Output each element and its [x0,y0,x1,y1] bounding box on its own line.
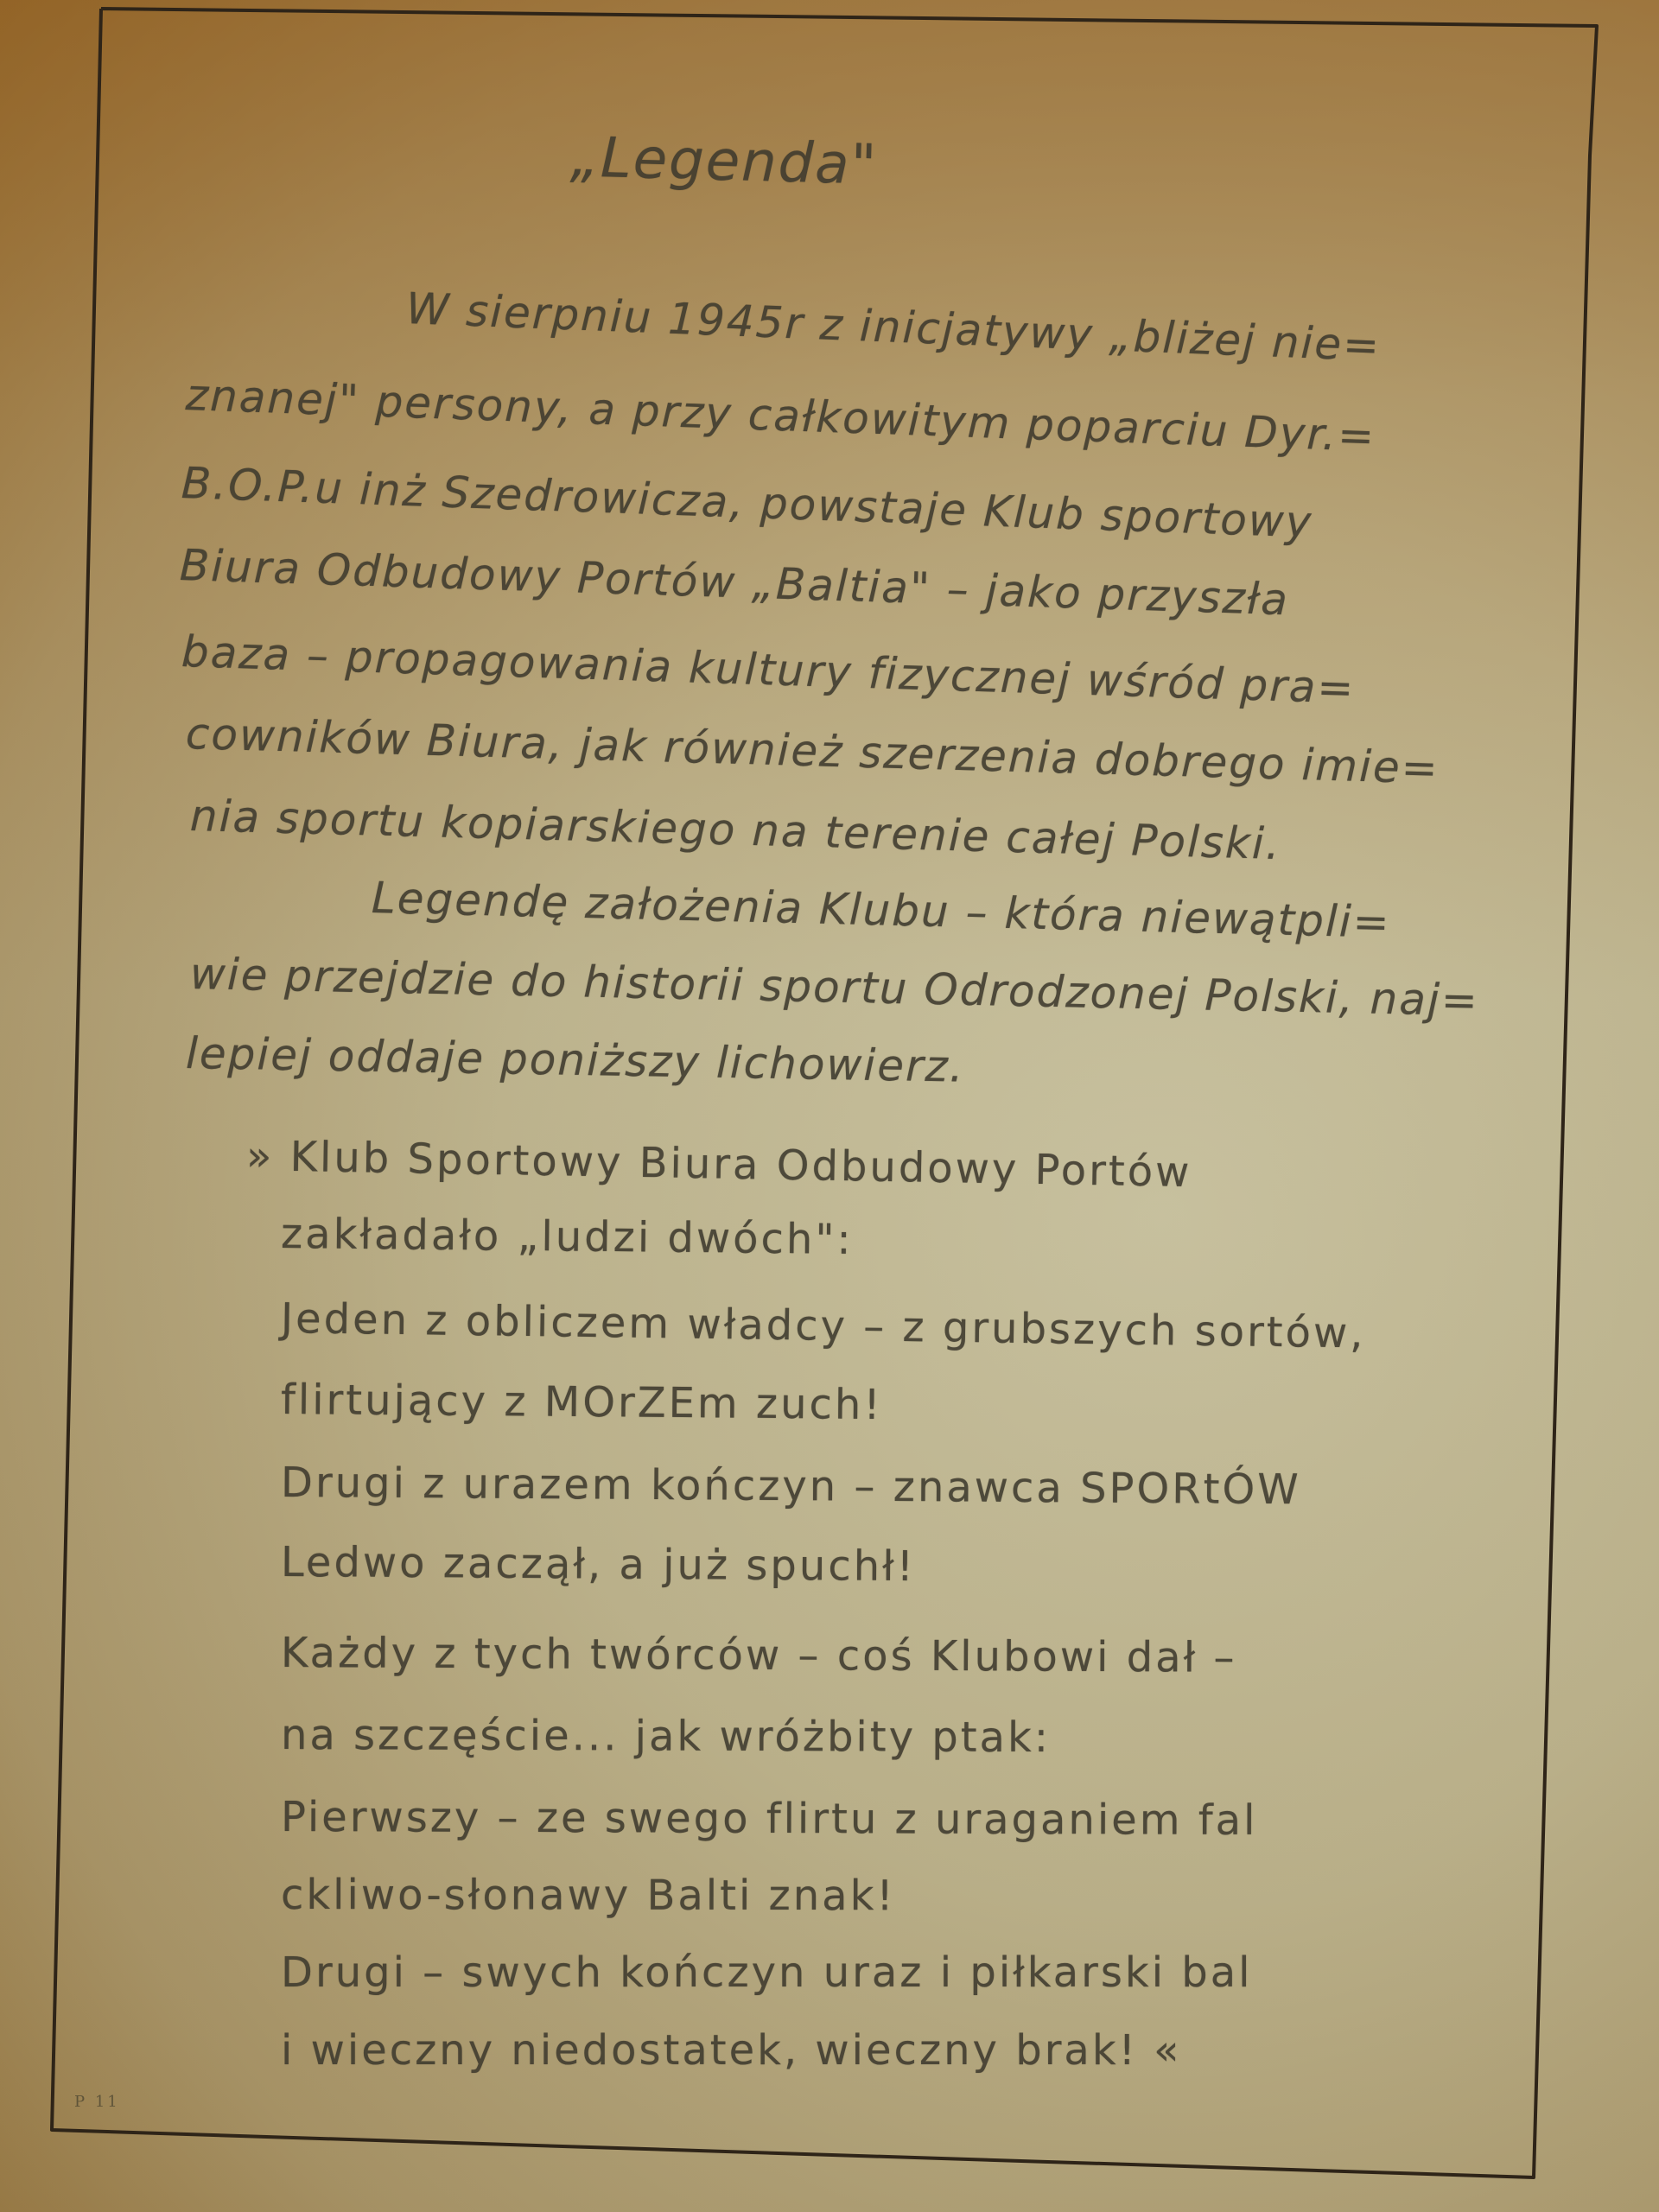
paragraph-2-line-1: Legendę założenia Klubu – która niewątpl… [371,873,1391,948]
poem-stanza-2-line-2: na szczęście... jak wróżbity ptak: [281,1711,1051,1762]
poem-stanza-1-line-4: flirtujący z MOrZEm zuch! [281,1376,883,1429]
paragraph-1-line-1: W sierpniu 1945r z inicjatywy „bliżej ni… [405,283,1382,371]
paragraph-1-line-3: B.O.P.u inż Szedrowicza, powstaje Klub s… [181,458,1313,548]
document-title: „Legenda" [569,125,879,197]
poem-stanza-2-line-4: ckliwo-słonawy Balti znak! [281,1871,896,1920]
paragraph-1-line-5: baza – propagowania kultury fizycznej wś… [181,626,1356,714]
poem-stanza-2-line-6: i wieczny niedostatek, wieczny brak! « [281,2026,1182,2075]
page-number-mark: P 11 [74,2093,120,2111]
poem-stanza-2-line-5: Drugi – swych kończyn uraz i piłkarski b… [281,1948,1253,1997]
poem-stanza-2-line-1: Każdy z tych twórców – coś Klubowi dał – [281,1629,1237,1682]
paragraph-1-line-7: nia sportu kopiarskiego na terenie całej… [189,791,1281,869]
paragraph-2-line-3: lepiej oddaje poniższy lichowierz. [185,1028,965,1092]
paragraph-2-line-2: wie przejdzie do historii sportu Odrodzo… [189,949,1479,1026]
poem-stanza-1-line-3: Jeden z obliczem władcy – z grubszych so… [281,1294,1366,1358]
paragraph-1-line-4: Biura Odbudowy Portów „Baltia" – jako pr… [179,540,1290,625]
paragraph-1-line-6: cowników Biura, jak również szerzenia do… [185,709,1440,793]
paragraph-1-line-2: znanej" persony, a przy całkowitym popar… [185,370,1376,461]
poem-stanza-1-line-1: » Klub Sportowy Biura Odbudowy Portów [246,1132,1192,1197]
poem-stanza-2-line-3: Pierwszy – ze swego flirtu z uraganiem f… [281,1793,1258,1845]
poem-stanza-1-line-5: Drugi z urazem kończyn – znawca SPORtÓW [281,1459,1301,1514]
poem-stanza-1-line-2: zakładało „ludzi dwóch": [281,1210,854,1264]
poem-stanza-1-line-6: Ledwo zaczął, a już spuchł! [281,1538,916,1591]
